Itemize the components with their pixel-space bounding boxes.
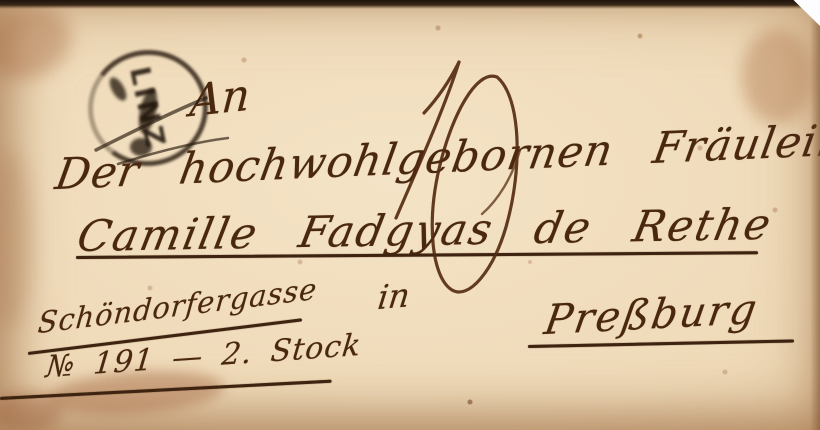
envelope-right-edge: [810, 0, 820, 430]
address-salutation: An: [188, 69, 251, 127]
paper-stain: [742, 28, 814, 124]
recipient-name-line: Camille Fadgyas de Rethe: [73, 200, 776, 262]
postmark-town-label: LINZ: [123, 63, 173, 152]
city-line: Preßburg: [541, 285, 762, 345]
postmark-smudge: [106, 75, 129, 104]
address-honorific-line: Der hochwohlgebornen Fräulein: [52, 115, 820, 200]
paper-stain: [0, 392, 62, 430]
paper-stain: [0, 150, 32, 330]
paper-stain: [0, 0, 81, 91]
envelope-top-edge: [0, 0, 820, 9]
envelope-paper: LINZ An Der hochwohlgebornen Fräulein Ca…: [0, 0, 820, 430]
house-number-line: № 191 — 2. Stock: [44, 328, 363, 385]
postmark-smudge: [135, 87, 160, 135]
photo-of-envelope: LINZ An Der hochwohlgebornen Fräulein Ca…: [0, 0, 820, 430]
address-preposition: in: [376, 275, 413, 317]
street-line: Schöndorfergasse: [36, 271, 318, 340]
